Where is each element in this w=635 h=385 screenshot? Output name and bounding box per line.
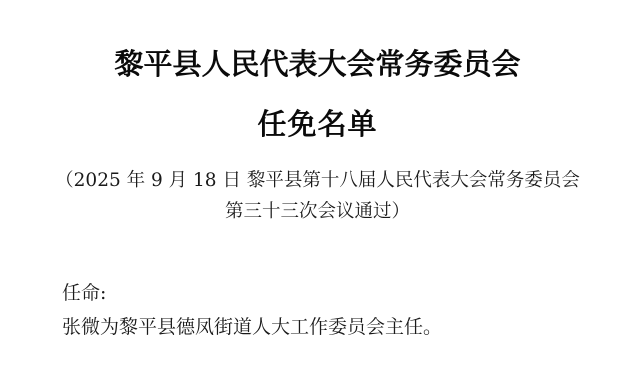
document-title: 黎平县人民代表大会常务委员会 [0, 47, 635, 81]
meeting-info-line-2: 第三十三次会议通过） [0, 199, 635, 225]
document-subtitle: 任免名单 [0, 107, 635, 141]
meeting-info-line-1: （2025 年 9 月 18 日 黎平县第十八届人民代表大会常务委员会 [0, 168, 635, 194]
appointment-item: 张微为黎平县德凤街道人大工作委员会主任。 [62, 314, 442, 340]
section-label-appointment: 任命: [62, 280, 106, 306]
